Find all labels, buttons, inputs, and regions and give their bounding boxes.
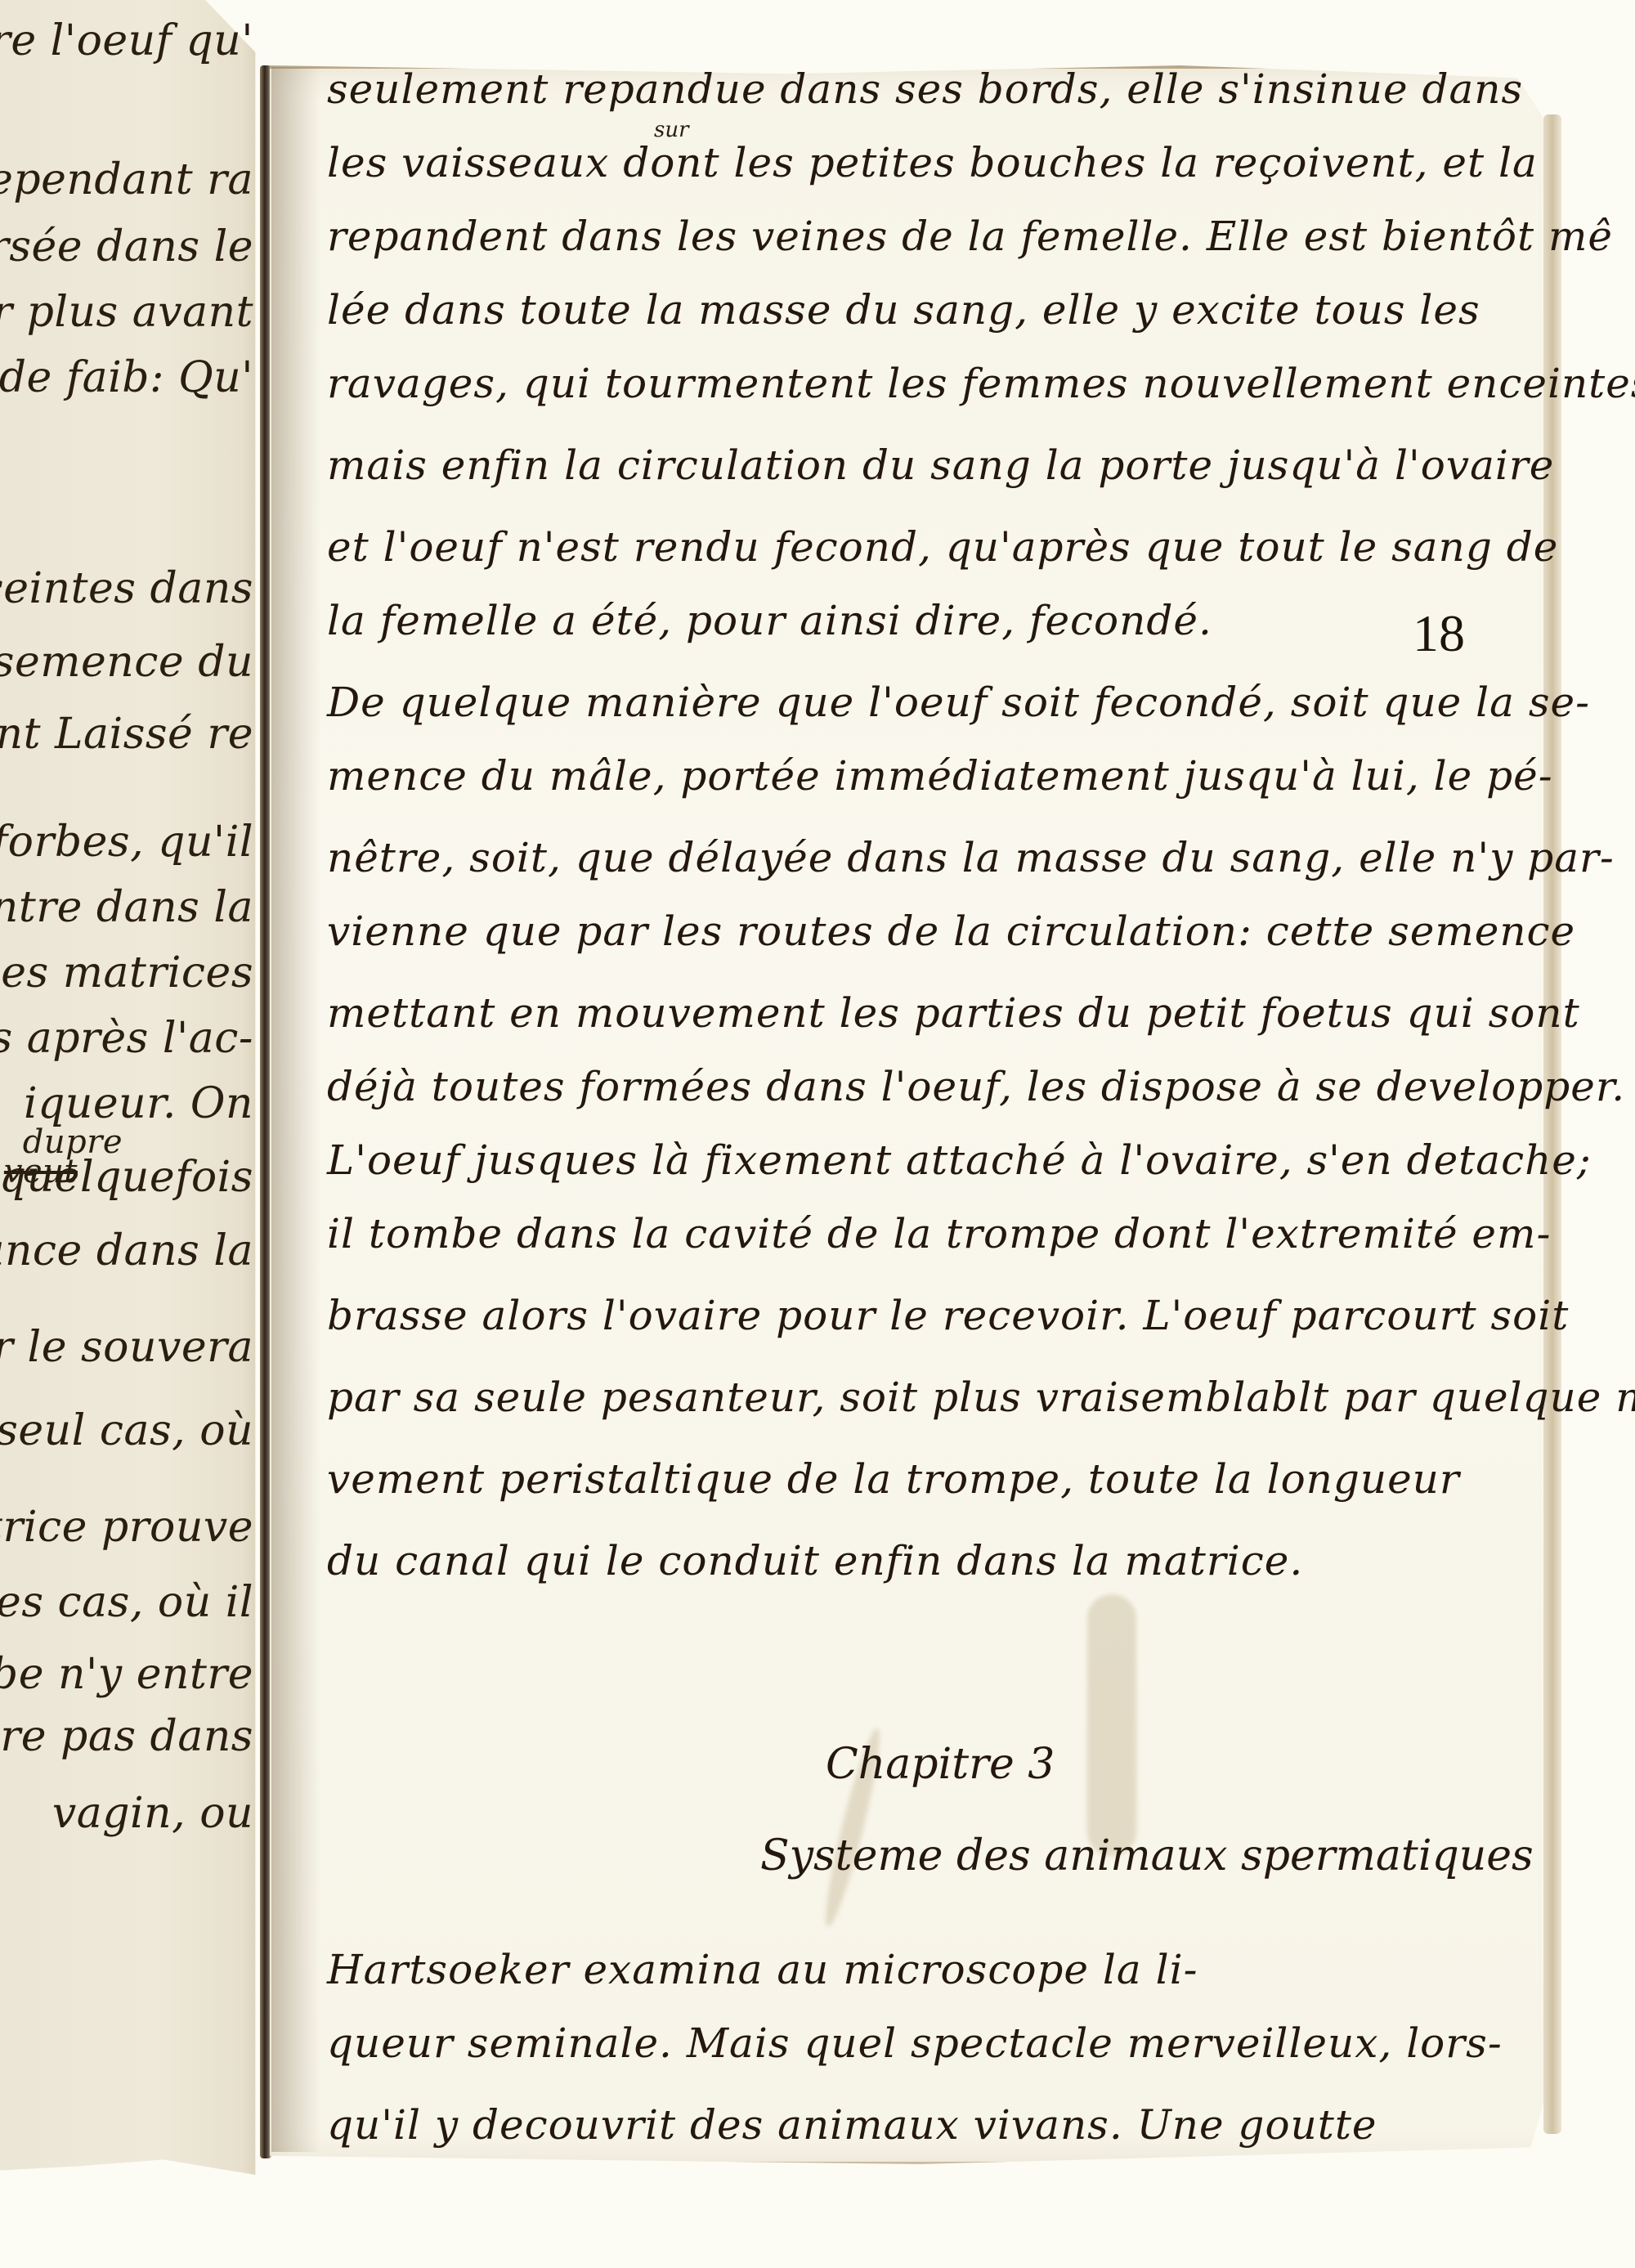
- manuscript-line: ravages, qui tourmentent les femmes nouv…: [327, 360, 1635, 407]
- manuscript-line: brasse alors l'ovaire pour le recevoir. …: [327, 1292, 1569, 1339]
- manuscript-line: vienne que par les routes de la circulat…: [327, 908, 1575, 955]
- left-line: es après l'ac-: [0, 1014, 253, 1063]
- left-line: l entre dans la: [0, 883, 253, 932]
- manuscript-line: du canal qui le conduit enfin dans la ma…: [327, 1537, 1303, 1584]
- left-line: dans les matrices: [0, 948, 253, 997]
- left-deleted-word: veut: [4, 1153, 78, 1190]
- manuscript-line: nêtre, soit, que délayée dans la masse d…: [327, 834, 1615, 881]
- left-page-text: tire l'oeuf qu' est cependant ra versée …: [0, 0, 253, 2175]
- manuscript-line: queur seminale. Mais quel spectacle merv…: [327, 2019, 1503, 2067]
- ink-stain: [1087, 1594, 1136, 1856]
- manuscript-line: et l'oeuf n'est rendu fecond, qu'après q…: [327, 523, 1558, 571]
- left-line: tre pas dans: [0, 1712, 253, 1761]
- page-edge: [1543, 114, 1561, 2134]
- manuscript-line: seulement repandue dans ses bords, elle …: [327, 65, 1523, 113]
- page-number: 18: [1413, 603, 1465, 664]
- manuscript-line: vement peristaltique de la trompe, toute…: [327, 1455, 1460, 1503]
- chapter-subtitle: Systeme des animaux spermatiques: [760, 1831, 1534, 1880]
- manuscript-line: L'oeuf jusques là fixement attaché à l'o…: [327, 1136, 1592, 1184]
- manuscript-line: lée dans toute la masse du sang, elle y …: [327, 286, 1480, 334]
- manuscript-line: par sa seule pesanteur, soit plus vraise…: [327, 1374, 1635, 1421]
- manuscript-line: mettant en mouvement les parties du peti…: [327, 989, 1580, 1037]
- left-line: nent Laissé re: [0, 710, 253, 759]
- gutter-shadow: [271, 67, 320, 2152]
- chapter-heading: Chapitre 3: [826, 1740, 1055, 1789]
- manuscript-line: De quelque manière que l'oeuf soit fecon…: [327, 679, 1590, 726]
- left-line: versée dans le: [0, 222, 253, 271]
- left-line: matrice prouve: [0, 1503, 253, 1552]
- left-line: vagin, ou: [52, 1789, 253, 1838]
- manuscript-line: il tombe dans la cavité de la trompe don…: [327, 1210, 1551, 1257]
- left-line: des cas, où il: [0, 1578, 253, 1627]
- left-line: dance dans la: [0, 1226, 253, 1275]
- left-line: est cependant ra: [0, 155, 253, 204]
- left-line: enceintes dans: [0, 564, 253, 613]
- manuscript-line: mence du mâle, portée immédiatement jusq…: [327, 752, 1553, 800]
- left-line: be n'y entre: [0, 1650, 253, 1699]
- manuscript-line: qu'il y decouvrit des animaux vivans. Un…: [327, 2101, 1377, 2149]
- manuscript-line: repandent dans les veines de la femelle.…: [327, 213, 1613, 260]
- manuscript-line: les vaisseaux dont les petites bouches l…: [327, 139, 1538, 186]
- left-line: La semence du: [0, 638, 253, 687]
- left-line: nde faib: Qu': [0, 353, 253, 402]
- manuscript-line: la femelle a été, pour ainsi dire, fecon…: [327, 597, 1212, 644]
- left-line: tire l'oeuf qu': [0, 16, 253, 65]
- manuscript-line: Hartsoeker examina au microscope la li-: [327, 1946, 1198, 1993]
- book-binding: [260, 65, 271, 2158]
- manuscript-line: mais enfin la circulation du sang la por…: [327, 441, 1554, 489]
- left-line: voir le souvera: [0, 1323, 253, 1372]
- left-line: forbes, qu'il: [0, 818, 253, 867]
- manuscript-line: déjà toutes formées dans l'oeuf, les dis…: [327, 1063, 1625, 1110]
- left-line: iqueur. On: [24, 1079, 253, 1128]
- left-line: seul cas, où: [0, 1406, 253, 1455]
- left-line: rer plus avant: [0, 288, 253, 337]
